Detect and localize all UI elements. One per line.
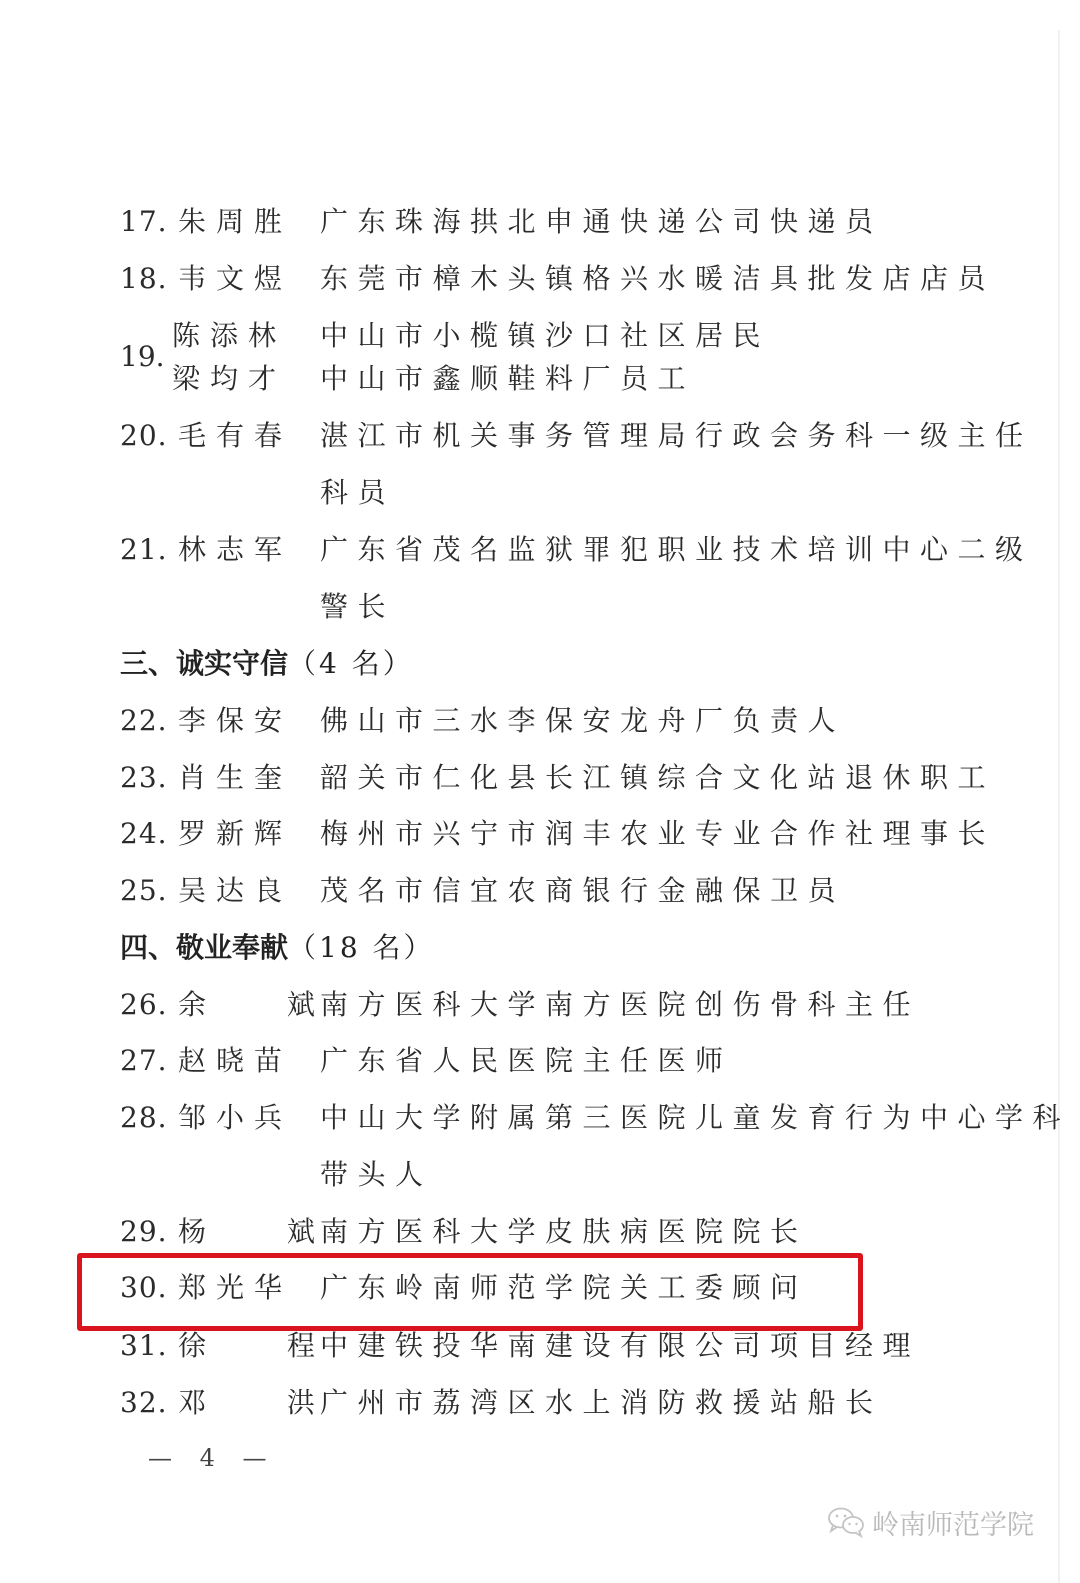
entry-description: 佛山市三水李保安龙舟厂负责人 [320,699,845,743]
entry-name: 肖生奎 [178,756,318,800]
entry-description: 广东岭南师范学院关工委顾问 [320,1266,808,1310]
entry-number: 21. [120,528,180,572]
entry-name: 邓 洪 [178,1381,318,1425]
entry-number: 27. [120,1039,180,1083]
entry-description: 梅州市兴宁市润丰农业专业合作社理事长 [320,812,995,856]
entry-name: 林志军 [178,528,318,572]
entry-description: 中山市小榄镇沙口社区居民 [320,314,770,358]
entry-description: 东莞市樟木头镇格兴水暖洁具批发店店员 [320,257,995,301]
page-number: — 4 — [148,1442,277,1474]
entry-description-continued: 带头人 [320,1153,433,1197]
entry-number: 26. [120,983,180,1027]
entry-name: 余 斌 [178,983,318,1027]
entry-name: 杨 斌 [178,1210,318,1254]
entry-description: 广东省人民医院主任医师 [320,1039,733,1083]
entry-description: 茂名市信宜农商银行金融保卫员 [320,869,845,913]
entry-number: 23. [120,756,180,800]
entry-description: 韶关市仁化县长江镇综合文化站退休职工 [320,756,995,800]
entry-description: 南方医科大学南方医院创伤骨科主任 [320,983,920,1027]
document-page: 17. 朱周胜 广东珠海拱北申通快递公司快递员 18. 韦文煜 东莞市樟木头镇格… [0,0,1080,1583]
wechat-watermark: 岭南师范学院 [826,1500,1034,1544]
entry-name: 韦文煜 [178,257,318,301]
entry-name: 罗新辉 [178,812,318,856]
wechat-icon [826,1506,866,1538]
entry-name: 吴达良 [178,869,318,913]
section-title: 三、诚实守信 [120,647,288,680]
entry-description-continued: 科员 [320,471,395,515]
entry-number: 22. [120,699,180,743]
entry-number: 25. [120,869,180,913]
entry-description: 广州市荔湾区水上消防救援站船长 [320,1381,883,1425]
entry-number: 28. [120,1096,180,1140]
section-heading-dedication: 四、敬业奉献（18 名） [120,926,435,970]
entry-description: 广东省茂名监狱罪犯职业技术培训中心二级 [320,528,1033,572]
entry-name: 赵晓苗 [178,1039,318,1083]
entry-description: 南方医科大学皮肤病医院院长 [320,1210,808,1254]
entry-number: 17. [120,200,180,244]
entry-number: 32. [120,1381,180,1425]
entry-description: 中建铁投华南建设有限公司项目经理 [320,1324,920,1368]
entry-description: 广东珠海拱北申通快递公司快递员 [320,200,883,244]
section-count: （4 名） [288,647,414,680]
entry-description: 中山市鑫顺鞋料厂员工 [320,357,695,401]
section-count: （18 名） [288,931,435,964]
entry-number: 24. [120,812,180,856]
watermark-text: 岭南师范学院 [872,1503,1034,1542]
entry-name: 梁均才 [172,357,312,401]
entry-name: 徐 程 [178,1324,318,1368]
entry-number: 29. [120,1210,180,1254]
entry-number: 19. [120,335,165,379]
entry-name: 陈添林 [172,314,312,358]
entry-number: 20. [120,414,180,458]
entry-description: 湛江市机关事务管理局行政会务科一级主任 [320,414,1033,458]
entry-description: 中山大学附属第三医院儿童发育行为中心学科 [320,1096,1070,1140]
entry-number: 18. [120,257,180,301]
entry-name: 邹小兵 [178,1096,318,1140]
entry-name: 朱周胜 [178,200,318,244]
entry-name: 郑光华 [178,1266,318,1310]
entry-number: 30. [120,1266,180,1310]
entry-name: 李保安 [178,699,318,743]
section-title: 四、敬业奉献 [120,931,288,964]
entry-description-continued: 警长 [320,585,395,629]
entry-number: 31. [120,1324,180,1368]
entry-name: 毛有春 [178,414,318,458]
section-heading-honesty: 三、诚实守信（4 名） [120,642,414,686]
